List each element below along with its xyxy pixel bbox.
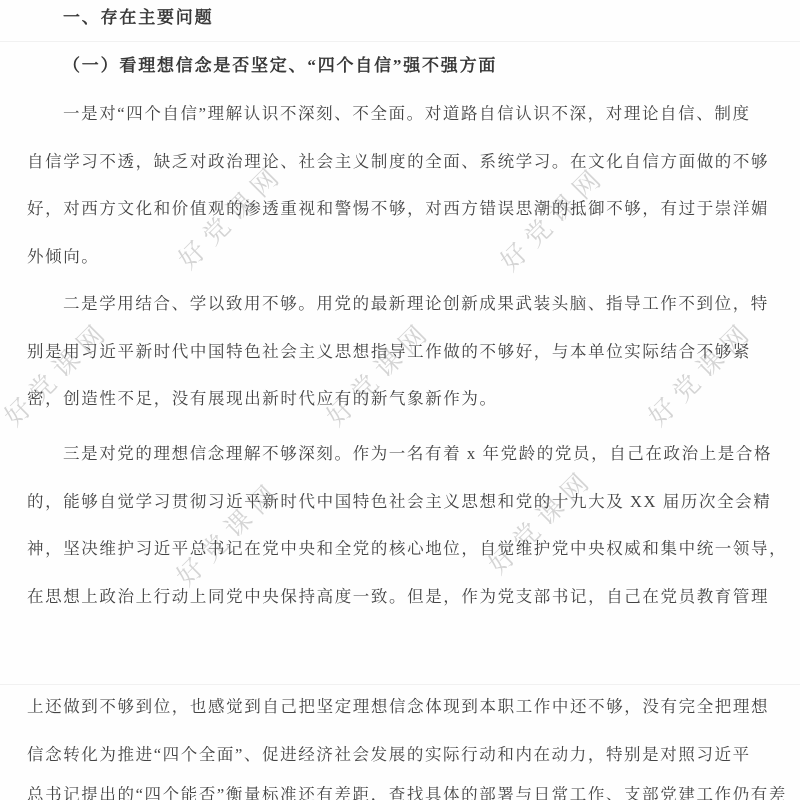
text-line: 密，创造性不足，没有展现出新时代应有的新气象新作为。 bbox=[27, 390, 498, 409]
text-line: 自信学习不透，缺乏对政治理论、社会主义制度的全面、系统学习。在文化自信方面做的不… bbox=[27, 153, 769, 172]
text-line: 的，能够自觉学习贯彻习近平新时代中国特色社会主义思想和党的十九大及 XX 届历次… bbox=[27, 493, 771, 512]
text-line: 别是用习近平新时代中国特色社会主义思想指导工作做的不够好，与本单位实际结合不够紧 bbox=[27, 343, 751, 362]
text-line: 神，坚决维护习近平总书记在党中央和全党的核心地位，自觉维护党中央权威和集中统一领… bbox=[27, 540, 787, 559]
text-line: 上还做到不够到位，也感觉到自己把坚定理想信念体现到本职工作中还不够，没有完全把理… bbox=[27, 698, 769, 717]
text-line: 一是对“四个自信”理解认识不深刻、不全面。对道路自信认识不深，对理论自信、制度 bbox=[63, 105, 751, 124]
document-page: 好党课网好党课网好党课网好党课网好党课网好党课网好党课网 一、存在主要问题（一）… bbox=[0, 0, 800, 800]
text-line: 总书记提出的“四个能否”衡量标准还有差距，查找具体的部署与日常工作、支部党建工作… bbox=[27, 786, 787, 800]
text-line: 三是对党的理想信念理解不够深刻。作为一名有着 x 年党龄的党员，自己在政治上是合… bbox=[63, 445, 772, 464]
heading-line: （一）看理想信念是否坚定、“四个自信”强不强方面 bbox=[63, 56, 497, 76]
text-line: 在思想上政治上行动上同党中央保持高度一致。但是，作为党支部书记，自己在党员教育管… bbox=[27, 588, 769, 607]
heading-line: 一、存在主要问题 bbox=[63, 8, 213, 28]
text-line: 外倾向。 bbox=[27, 248, 99, 267]
text-layer: 一、存在主要问题（一）看理想信念是否坚定、“四个自信”强不强方面一是对“四个自信… bbox=[0, 0, 800, 800]
text-line: 信念转化为推进“四个全面”、促进经济社会发展的实际行动和内在动力，特别是对照习近… bbox=[27, 746, 751, 765]
text-line: 二是学用结合、学以致用不够。用党的最新理论创新成果武装头脑、指导工作不到位，特 bbox=[63, 295, 769, 314]
text-line: 好，对西方文化和价值观的渗透重视和警惕不够，对西方错误思潮的抵御不够，有过于崇洋… bbox=[27, 200, 769, 219]
